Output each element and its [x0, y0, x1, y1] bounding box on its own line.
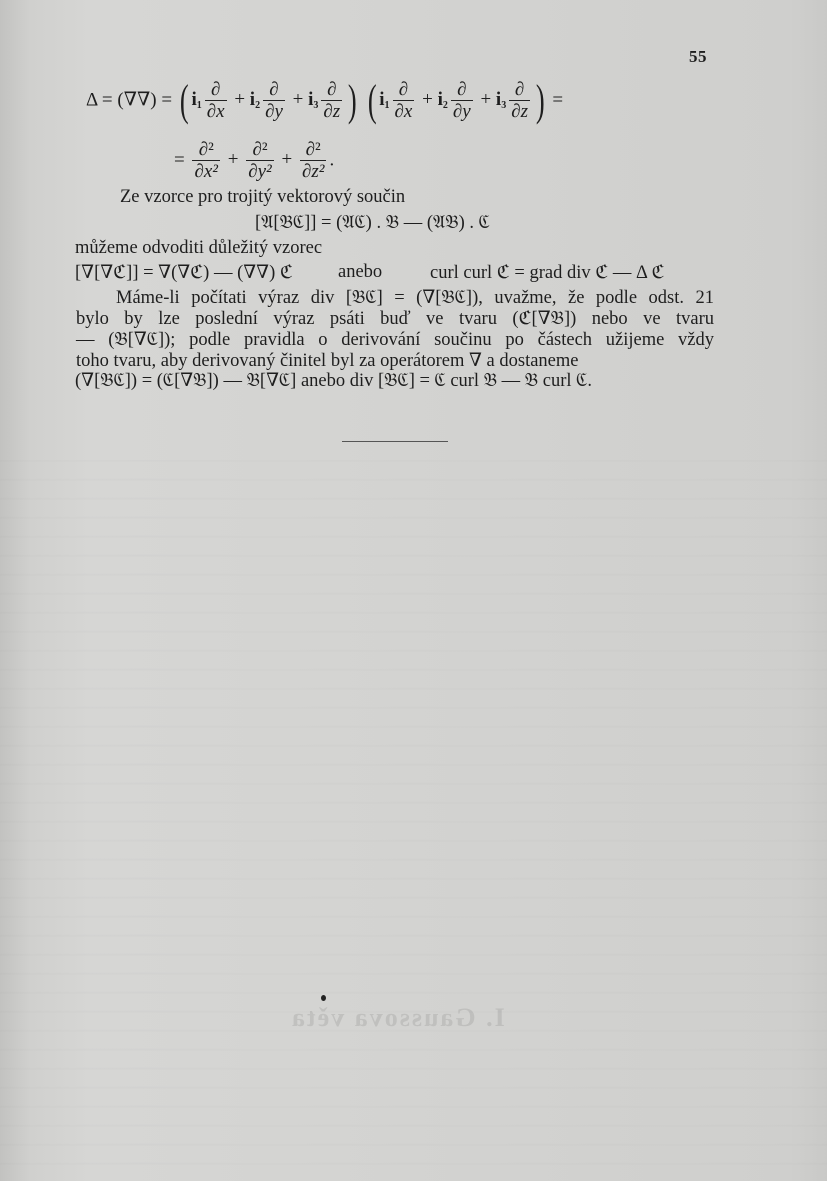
- curl-curl-formula-left: [∇[∇ℭ]] = ∇(∇ℭ) — (∇∇) ℭ: [75, 262, 293, 284]
- fraction: ∂∂x: [205, 80, 227, 122]
- equals-sign: =: [174, 149, 185, 170]
- unit-vector: i1: [379, 89, 389, 110]
- page-number: 55: [689, 47, 707, 67]
- paragraph-line: Máme-li počítati výraz div [𝔅ℭ] = (∇[𝔅ℭ]…: [76, 288, 714, 309]
- bleed-through-texture: [0, 460, 827, 1181]
- laplacian-expansion: = ∂²∂x² + ∂²∂y² + ∂²∂z².: [174, 140, 334, 182]
- unit-vector: i1: [191, 89, 201, 110]
- bleed-through-heading: I. Gaussova věta: [290, 1003, 505, 1033]
- open-paren: (: [368, 83, 377, 118]
- close-paren: ): [348, 83, 357, 118]
- operator-group-2: i1∂∂x + i2∂∂y + i3∂∂z: [379, 89, 533, 110]
- plus-sign: +: [417, 89, 437, 110]
- laplace-lhs: Δ = (∇∇) =: [86, 89, 172, 110]
- equals-sign: =: [552, 89, 563, 110]
- unit-vector: i2: [438, 89, 448, 110]
- close-paren: ): [536, 83, 545, 118]
- paragraph-line: — (𝔅[∇ℭ]); podle pravidla o derivování s…: [76, 330, 714, 351]
- fraction: ∂∂z: [509, 80, 530, 122]
- triple-product-intro: Ze vzorce pro trojitý vektorový součin: [120, 187, 405, 208]
- section-end-rule: [342, 441, 448, 442]
- second-derivative-sum: ∂²∂x² + ∂²∂y² + ∂²∂z²: [189, 149, 329, 170]
- triple-product-formula: [𝔄[𝔅ℭ]] = (𝔄ℭ) . 𝔅 — (𝔄𝔅) . ℭ: [255, 212, 490, 234]
- fraction: ∂∂x: [393, 80, 415, 122]
- paragraph-line: bylo by lze poslední výraz psáti buď ve …: [76, 309, 714, 330]
- final-formula: (∇[𝔅ℭ]) = (ℭ[∇𝔅]) — 𝔅[∇ℭ] anebo div [𝔅ℭ]…: [75, 370, 592, 392]
- fraction: ∂²∂y²: [246, 140, 274, 182]
- plus-sign: +: [223, 149, 243, 170]
- laplace-operator-equation: Δ = (∇∇) = (i1∂∂x + i2∂∂y + i3∂∂z) (i1∂∂…: [86, 80, 563, 122]
- operator-group-1: i1∂∂x + i2∂∂y + i3∂∂z: [191, 89, 345, 110]
- ink-speck: [321, 995, 326, 1001]
- unit-vector: i3: [496, 89, 506, 110]
- paragraph-div-product: Máme-li počítati výraz div [𝔅ℭ] = (∇[𝔅ℭ]…: [76, 288, 714, 372]
- fraction: ∂∂y: [263, 80, 285, 122]
- plus-sign: +: [288, 89, 308, 110]
- fraction: ∂²∂x²: [192, 140, 220, 182]
- paragraph-line: toho tvaru, aby derivovaný činitel byl z…: [76, 351, 714, 372]
- plus-sign: +: [230, 89, 250, 110]
- derive-intro: můžeme odvoditi důležitý vzorec: [75, 238, 322, 259]
- curl-curl-formula-right: curl curl ℭ = grad div ℭ — Δ ℭ: [430, 262, 665, 284]
- plus-sign: +: [476, 89, 496, 110]
- plus-sign: +: [277, 149, 297, 170]
- unit-vector: i3: [308, 89, 318, 110]
- fraction: ∂∂z: [321, 80, 342, 122]
- open-paren: (: [180, 83, 189, 118]
- unit-vector: i2: [250, 89, 260, 110]
- fraction: ∂²∂z²: [300, 140, 326, 182]
- curl-curl-anebo: anebo: [338, 262, 382, 283]
- fraction: ∂∂y: [451, 80, 473, 122]
